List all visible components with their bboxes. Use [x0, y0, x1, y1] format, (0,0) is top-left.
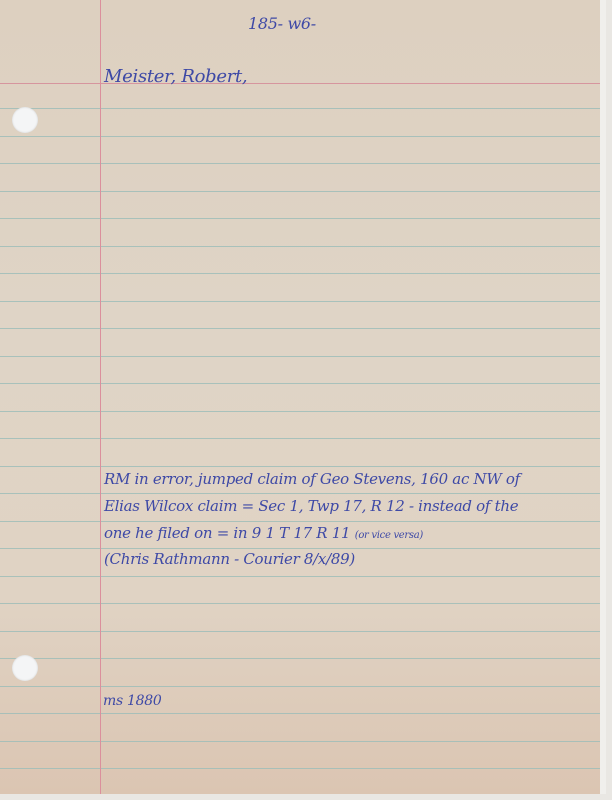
body-line-2: Elias Wilcox claim = Sec 1, Twp 17, R 12…: [104, 497, 518, 515]
blue-rule-line: [0, 328, 600, 329]
header-note: 185- w6-: [248, 14, 316, 33]
punch-hole-bottom: [12, 655, 38, 681]
blue-rule-line: [0, 658, 600, 659]
body-line-3-aside: (or vice versa): [355, 530, 423, 541]
body-line-3: one he filed on = in 9 1 T 17 R 11 (or v…: [104, 524, 423, 542]
body-line-4-citation: (Chris Rathmann - Courier 8/x/89): [104, 550, 355, 568]
blue-rule-line: [0, 438, 600, 439]
blue-rule-line: [0, 191, 600, 192]
top-red-rule: [0, 83, 600, 84]
blue-rule-line: [0, 631, 600, 632]
blue-rule-line: [0, 136, 600, 137]
body-line-3-text: one he filed on = in 9 1 T 17 R 11: [104, 524, 350, 542]
blue-rule-line: [0, 246, 600, 247]
blue-rule-line: [0, 521, 600, 522]
blue-rule-line: [0, 548, 600, 549]
blue-rule-line: [0, 383, 600, 384]
blue-rule-line: [0, 108, 600, 109]
red-margin-line: [100, 0, 101, 794]
blue-rule-line: [0, 741, 600, 742]
notebook-page: 185- w6- Meister, Robert, RM in error, j…: [0, 0, 606, 794]
blue-rule-line: [0, 768, 600, 769]
blue-rule-line: [0, 603, 600, 604]
blue-rule-line: [0, 301, 600, 302]
blue-rule-line: [0, 411, 600, 412]
blue-rule-line: [0, 466, 600, 467]
name-heading: Meister, Robert,: [104, 66, 247, 87]
blue-rule-line: [0, 493, 600, 494]
body-line-1: RM in error, jumped claim of Geo Stevens…: [104, 470, 520, 488]
blue-rule-line: [0, 218, 600, 219]
blue-rule-line: [0, 163, 600, 164]
blue-rule-line: [0, 713, 600, 714]
punch-hole-top: [12, 107, 38, 133]
blue-rule-line: [0, 273, 600, 274]
blue-rule-line: [0, 686, 600, 687]
blue-rule-line: [0, 576, 600, 577]
blue-rule-line: [0, 356, 600, 357]
footer-note: ms 1880: [103, 693, 161, 709]
